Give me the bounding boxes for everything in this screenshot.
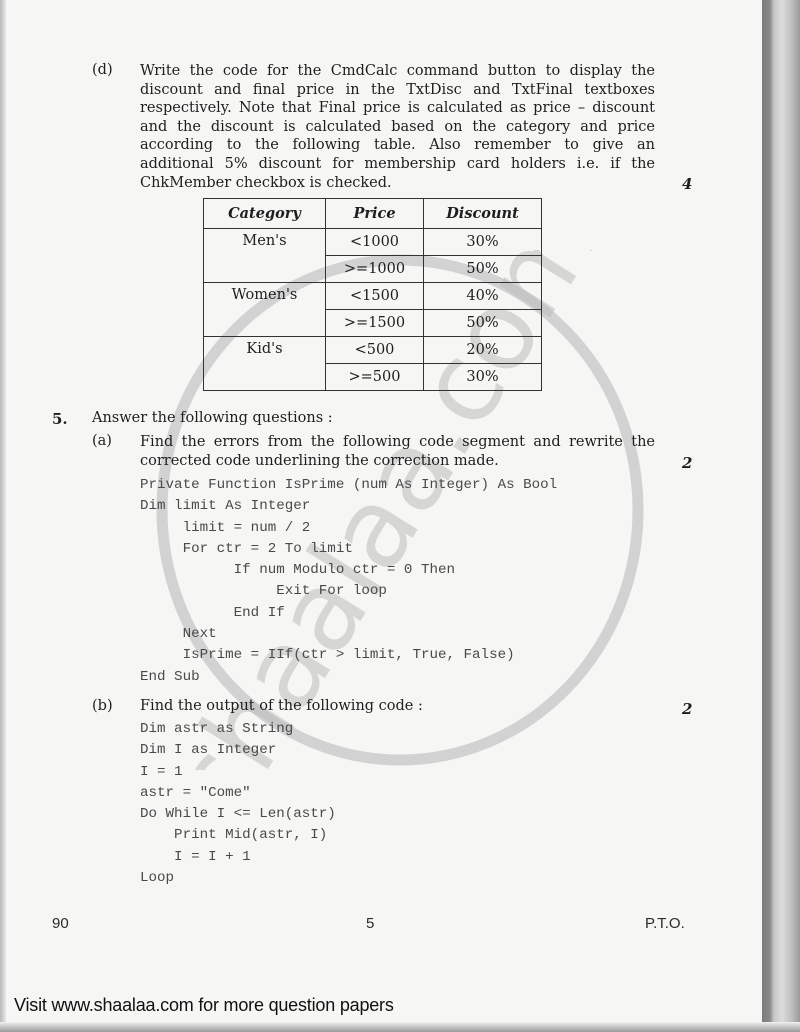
header-discount: Discount: [424, 199, 542, 229]
question-d-line: discount and final price in the TxtDisc …: [140, 81, 655, 100]
question-5a-code-line: limit = num / 2: [140, 518, 557, 539]
question-5a-code-line: For ctr = 2 To limit: [140, 539, 557, 560]
category-cell: Men's: [204, 229, 326, 283]
question-5b-code-line: Loop: [140, 868, 336, 889]
price-cell: <500: [326, 337, 424, 364]
discount-cell: 50%: [424, 310, 542, 337]
question-d-line: respectively. Note that Final price is c…: [140, 99, 655, 118]
visit-banner[interactable]: Visit www.shaalaa.com for more question …: [14, 995, 394, 1016]
price-cell: >=1500: [326, 310, 424, 337]
question-5b-code-line: I = I + 1: [140, 847, 336, 868]
question-5b-code-line: astr = "Come": [140, 783, 336, 804]
discount-cell: 30%: [424, 364, 542, 391]
header-price: Price: [326, 199, 424, 229]
page-number: 5: [366, 915, 374, 932]
question-d-line: ChkMember checkbox is checked.: [140, 174, 655, 193]
table-row: Men's<100030%: [204, 229, 542, 256]
scan-left-edge: [0, 0, 6, 1032]
price-cell: <1500: [326, 283, 424, 310]
discount-cell: 50%: [424, 256, 542, 283]
question-5a-code-line: End Sub: [140, 667, 557, 688]
question-d-line: and the discount is calculated based on …: [140, 118, 655, 137]
question-5b-code: Dim astr as StringDim I as IntegerI = 1a…: [140, 719, 336, 889]
question-d-line: Write the code for the CmdCalc command b…: [140, 62, 655, 81]
question-5a-line: Find the errors from the following code …: [140, 433, 655, 452]
category-cell: Women's: [204, 283, 326, 337]
discount-cell: 40%: [424, 283, 542, 310]
table-row: Women's<150040%: [204, 283, 542, 310]
discount-cell: 30%: [424, 229, 542, 256]
paper-code: 90: [52, 915, 69, 932]
question-5b-code-line: Dim I as Integer: [140, 740, 336, 761]
question-5-number: 5.: [52, 410, 68, 428]
header-category: Category: [204, 199, 326, 229]
question-5a-code-line: Dim limit As Integer: [140, 496, 557, 517]
question-5b-code-line: Dim astr as String: [140, 719, 336, 740]
question-5a-code-line: Private Function IsPrime (num As Integer…: [140, 475, 557, 496]
question-5b-text: Find the output of the following code :: [140, 698, 423, 714]
question-d-line: additional 5% discount for membership ca…: [140, 155, 655, 174]
scan-bottom-edge: [0, 1022, 800, 1032]
question-5b-code-line: Do While I <= Len(astr): [140, 804, 336, 825]
question-5a-code-line: If num Modulo ctr = 0 Then: [140, 560, 557, 581]
question-5a-code-line: IsPrime = IIf(ctr > limit, True, False): [140, 645, 557, 666]
question-5a-text: Find the errors from the following code …: [140, 433, 655, 470]
question-5a-marks: 2: [682, 454, 692, 472]
price-cell: >=1000: [326, 256, 424, 283]
question-5a-code-line: Exit For loop: [140, 581, 557, 602]
category-cell: Kid's: [204, 337, 326, 391]
question-5a-label: (a): [92, 433, 112, 449]
question-5-intro: Answer the following questions :: [92, 410, 333, 426]
question-5b-label: (b): [92, 698, 113, 714]
price-cell: >=500: [326, 364, 424, 391]
question-5b-code-line: Print Mid(astr, I): [140, 825, 336, 846]
question-d-marks: 4: [682, 175, 692, 193]
table-header-row: Category Price Discount: [204, 199, 542, 229]
discount-table: Category Price Discount Men's<100030%>=1…: [203, 198, 542, 391]
question-5a-code-line: End If: [140, 603, 557, 624]
table-row: Kid's<50020%: [204, 337, 542, 364]
question-d-label: (d): [92, 62, 113, 78]
question-5a-line: corrected code underlining the correctio…: [140, 452, 655, 471]
question-5a-code-line: Next: [140, 624, 557, 645]
price-cell: <1000: [326, 229, 424, 256]
question-d-line: according to the following table. Also r…: [140, 136, 655, 155]
question-5b-marks: 2: [682, 700, 692, 718]
question-5a-code: Private Function IsPrime (num As Integer…: [140, 475, 557, 688]
question-d-text: Write the code for the CmdCalc command b…: [140, 62, 655, 192]
pto-label: P.T.O.: [645, 915, 685, 932]
question-5b-code-line: I = 1: [140, 762, 336, 783]
discount-cell: 20%: [424, 337, 542, 364]
scan-binding-edge: [762, 0, 800, 1032]
